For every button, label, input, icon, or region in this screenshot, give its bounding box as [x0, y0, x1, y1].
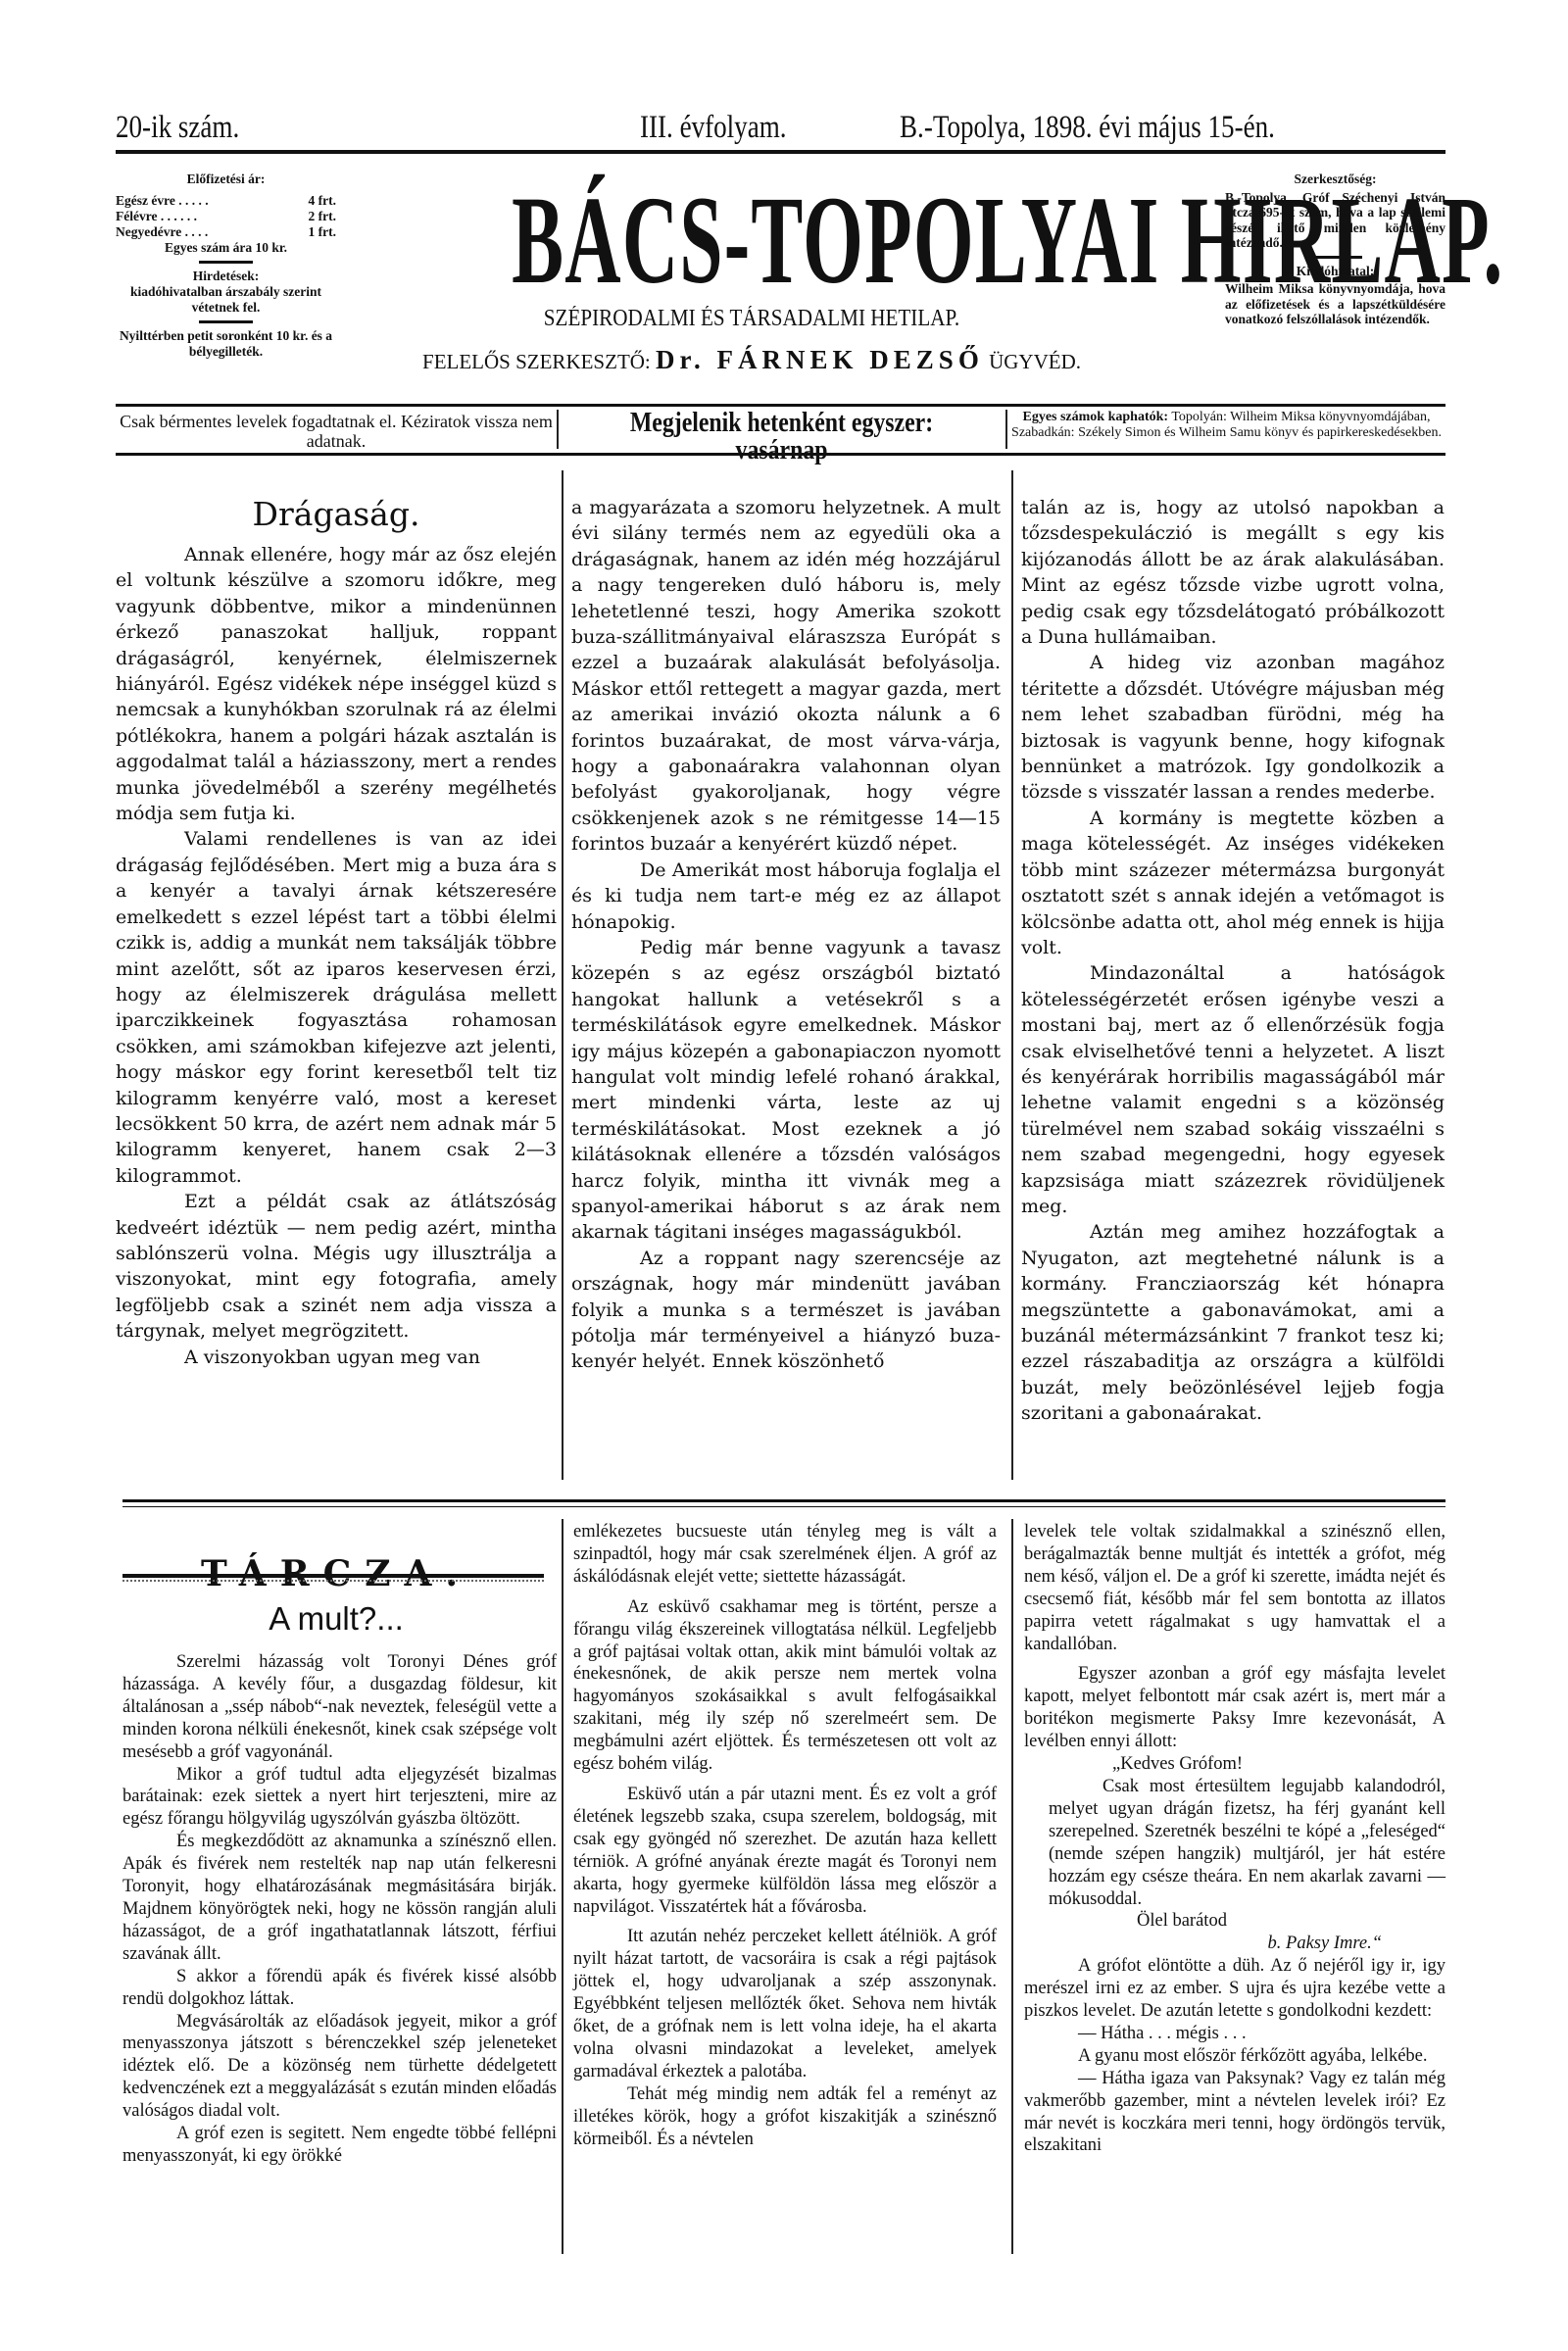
paragraph: emlékezetes bucsueste után tényleg meg i… [573, 1521, 997, 1589]
paragraph: A kormány is megtette közben a maga köte… [1021, 806, 1445, 960]
banner-top-rule [116, 404, 1445, 407]
paragraph: A grófot elöntötte a düh. Az ő nejéről i… [1024, 1955, 1445, 2023]
editor-label: FELELŐS SZERKESZTŐ: [422, 350, 651, 373]
publication-schedule: Megjelenik hetenként egyszer: vasárnap [592, 410, 971, 465]
divider [199, 320, 253, 323]
sales-points: Egyes számok kaphatók: Topolyán: Wilheim… [1007, 410, 1445, 440]
publisher-text: Wilheim Miksa könyvnyomdája, hova az elő… [1225, 281, 1445, 327]
feuilleton-rule [122, 1574, 544, 1578]
paragraph: És megkezdődött az aknamunka a színésznő… [122, 1831, 557, 1965]
editorial-title: Szerkesztőség: [1225, 171, 1445, 187]
paragraph: Aztán meg amihez hozzáfogtak a Nyugaton,… [1021, 1219, 1445, 1426]
volume: III. évfolyam. [640, 110, 787, 146]
editor-name: Dr. FÁRNEK DEZSŐ [656, 345, 984, 374]
issue-line: 20-ik szám. III. évfolyam. B.-Topolya, 1… [116, 110, 1444, 155]
feuilleton-column-3: levelek tele voltak szidalmakkal a sziné… [1024, 1521, 1445, 2157]
editor-line: FELELŐS SZERKESZTŐ: Dr. FÁRNEK DEZSŐ ÜGY… [365, 345, 1139, 375]
paragraph: De Amerikát most háboruja foglalja el és… [571, 857, 1001, 935]
paragraph: Megvásárolták az előadások jegyeit, miko… [122, 2011, 557, 2124]
paragraph: Itt azután nehéz perczeket kellett átéln… [573, 1926, 997, 2082]
paragraph: Mikor a gróf tudtul adta eljegyzését biz… [122, 1764, 557, 1832]
paragraph: Az esküvő csakhamar meg is történt, pers… [573, 1596, 997, 1776]
paragraph: S akkor a főrendü apák és fivérek kissé … [122, 1966, 557, 2011]
paragraph: a magyarázata a szomoru helyzetnek. A mu… [571, 495, 1001, 857]
editorial-office-box: Szerkesztőség: B.-Topolya, Gróf Szécheny… [1225, 171, 1445, 327]
paragraph: Ezt a példát csak az átlátszóság kedveér… [116, 1189, 557, 1344]
article-column-3: talán az is, hogy az utolsó napokban a t… [1021, 495, 1445, 1427]
place-date: B.-Topolya, 1898. évi május 15-én. [900, 110, 1275, 146]
paragraph: A hideg viz azonban magához téritette a … [1021, 650, 1445, 805]
paragraph: Egyszer azonban a gróf egy másfajta leve… [1024, 1663, 1445, 1753]
section-rule [122, 1499, 1445, 1502]
feuilleton-column-2: emlékezetes bucsueste után tényleg meg i… [573, 1521, 997, 2150]
price-row: Negyedévre . . . .1 frt. [116, 224, 336, 240]
feuilleton-column-1: Szerelmi házasság volt Toronyi Dénes gró… [122, 1651, 557, 2168]
letter-signature: b. Paksy Imre.“ [1024, 1933, 1445, 1955]
paragraph: A gróf ezen is segitett. Nem engedte töb… [122, 2123, 557, 2168]
paragraph: Valami rendellenes is van az idei drágas… [116, 826, 557, 1189]
masthead-title: BÁCS-TOPOLYAI HIRLAP. [512, 176, 992, 304]
column-divider [1011, 1519, 1013, 2254]
ads-title: Hirdetések: [116, 269, 336, 284]
publisher-title: Kiadóhivatal: [1225, 264, 1445, 279]
letters-notice: Csak bérmentes levelek fogadtatnak el. K… [116, 412, 557, 451]
single-copy-price: Egyes szám ára 10 kr. [116, 240, 336, 256]
masthead-subtitle: SZÉPIRODALMI ÉS TÁRSADALMI HETILAP. [411, 306, 1092, 332]
editorial-text: B.-Topolya, Gróf Széchenyi István utcza … [1225, 190, 1445, 251]
issue-number: 20-ik szám. [116, 110, 239, 146]
column-divider [562, 470, 563, 1480]
ads-text: kiadóhivatalban árszabály szerint vétetn… [116, 284, 336, 316]
paragraph: A gyanu most először férkőzött agyába, l… [1024, 2045, 1445, 2068]
article-column-2: a magyarázata a szomoru helyzetnek. A mu… [571, 495, 1001, 1375]
letter-body: Csak most értesültem legujabb kalandodró… [1024, 1776, 1445, 1910]
paragraph: Esküvő után a pár utazni ment. És ez vol… [573, 1784, 997, 1918]
price-row: Félévre . . . . . .2 frt. [116, 209, 336, 224]
letter-salutation: „Kedves Grófom! [1024, 1753, 1445, 1776]
column-divider [562, 1519, 563, 2254]
subscription-title: Előfizetési ár: [116, 171, 336, 187]
paragraph: Tehát még mindig nem adták fel a reményt… [573, 2083, 997, 2151]
article-column-1: Drágaság. Annak ellenére, hogy már az ős… [116, 495, 557, 1370]
subscription-box: Előfizetési ár: Egész évre . . . . .4 fr… [116, 171, 336, 360]
paragraph: Az a roppant nagy szerencséje az országn… [571, 1246, 1001, 1375]
paragraph: Szerelmi házasság volt Toronyi Dénes gró… [122, 1651, 557, 1764]
price-row: Egész évre . . . . .4 frt. [116, 193, 336, 209]
paragraph: — Hátha . . . mégis . . . [1024, 2023, 1445, 2045]
divider [1308, 256, 1362, 259]
paragraph: Pedig már benne vagyunk a tavasz közepén… [571, 935, 1001, 1246]
feuilleton-title: A mult?... [116, 1600, 557, 1638]
letter-closing: Ölel barátod [1024, 1910, 1445, 1933]
paragraph: Mindazonáltal a hatóságok kötelességérze… [1021, 960, 1445, 1219]
column-divider [1011, 470, 1013, 1480]
open-space-text: Nyilttérben petit soronként 10 kr. és a … [116, 328, 336, 360]
article-title: Drágaság. [116, 495, 557, 534]
dotted-rule [122, 1580, 544, 1582]
divider [199, 261, 253, 264]
divider [557, 410, 559, 449]
editor-title: ÜGYVÉD. [989, 350, 1081, 373]
paragraph: levelek tele voltak szidalmakkal a sziné… [1024, 1521, 1445, 1655]
paragraph: Annak ellenére, hogy már az ősz elején e… [116, 542, 557, 826]
paragraph: talán az is, hogy az utolsó napokban a t… [1021, 495, 1445, 650]
section-rule-thin [122, 1506, 1445, 1507]
paragraph: A viszonyokban ugyan meg van [116, 1345, 557, 1370]
newspaper-page: 20-ik szám. III. évfolyam. B.-Topolya, 1… [0, 0, 1568, 2351]
paragraph: — Hátha igaza van Paksynak? Vagy ez talá… [1024, 2068, 1445, 2158]
banner-bottom-rule [116, 453, 1445, 456]
top-rule [116, 150, 1445, 154]
